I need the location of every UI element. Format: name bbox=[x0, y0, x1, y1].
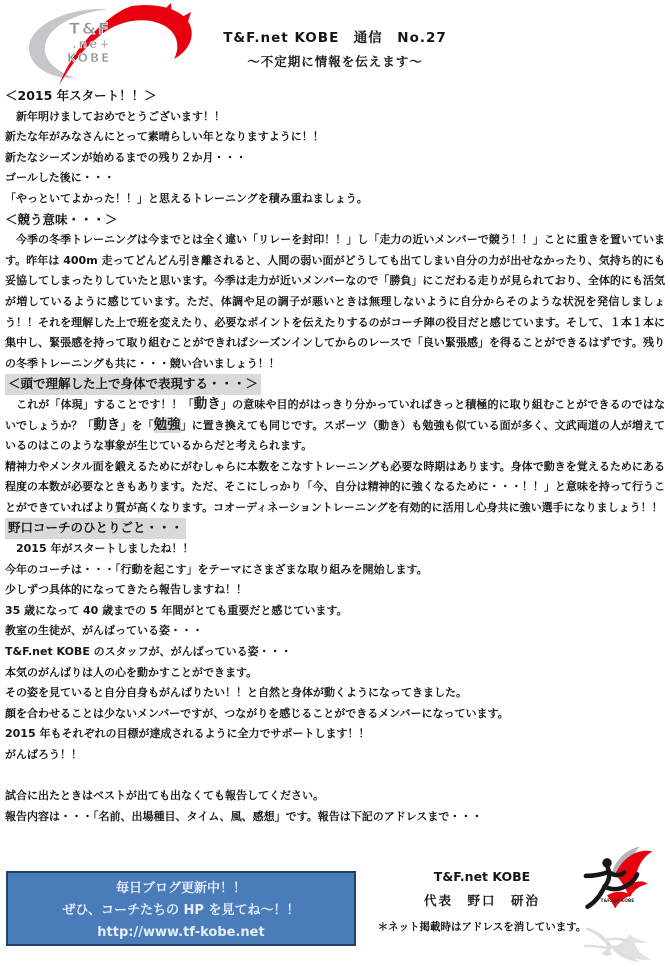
body-line: その姿を見ていると自分自身もがんばりたい！！と自然と身体が動くようになってきまし… bbox=[5, 683, 665, 704]
newsletter-subtitle: ～不定期に情報を伝えます～ bbox=[0, 52, 670, 70]
blog-line-2: ぜひ、コーチたちの HP を見てね～！！ bbox=[8, 900, 354, 922]
runner-logo: T&F.net KOBE bbox=[568, 845, 668, 963]
website-url[interactable]: http://www.tf-kobe.net bbox=[8, 922, 354, 944]
runner-head bbox=[602, 858, 611, 867]
representative-name: 代表 野口 研治 bbox=[372, 891, 592, 909]
body-line: 本気のがんばりは人の心を動かすことができます。 bbox=[5, 663, 665, 684]
body-line: 新年明けましておめでとうございます！！ bbox=[5, 107, 665, 128]
emphasized-word: 動き bbox=[93, 417, 120, 433]
blog-line-1: 毎日ブログ更新中！！ bbox=[8, 878, 354, 900]
body-line: 2015 年もそれぞれの目標が達成されるように全力でサポートします！！ bbox=[5, 724, 665, 745]
body-line: 教室の生徒が、がんばっている姿・・・ bbox=[5, 621, 665, 642]
body-line: 新たな年がみなさんにとって素晴らしい年となりますように！！ bbox=[5, 127, 665, 148]
body-line: 少しずつ具体的になってきたら報告しますね！！ bbox=[5, 580, 665, 601]
body-line: 報告内容は・・・「名前、出場種目、タイム、風、感想」です。報告は下記のアドレスま… bbox=[5, 807, 665, 828]
body-line: 顔を合わせることは少ないメンバーですが、つながりを感じることができるメンバーにな… bbox=[5, 704, 665, 725]
body-line: 新たなシーズンが始めるまでの残り２か月・・・ bbox=[5, 148, 665, 169]
header-title-block: T&F.net KOBE 通信 No.27 ～不定期に情報を伝えます～ bbox=[0, 26, 670, 70]
body-line: これが「体現」することです！！「動き」の意味や目的がはっきり分かっていればきっと… bbox=[5, 395, 665, 457]
newsletter-page: T&F .ne+ KOBE T&F.net KOBE 通信 No.27 ～不定期… bbox=[0, 0, 670, 967]
text-segment: これが「体現」することです！！「 bbox=[5, 398, 194, 411]
blog-box: 毎日ブログ更新中！！ ぜひ、コーチたちの HP を見てね～！！ http://w… bbox=[6, 871, 356, 946]
body-line: 2015 年がスタートしましたね！！ bbox=[5, 539, 665, 560]
section-heading: ＜2015 年スタート！！＞ bbox=[5, 86, 665, 107]
net-publish-note: ＊ネット掲載時はアドレスを消しています。 bbox=[372, 919, 592, 934]
body-line: 試合に出たときはベストが出ても出なくても報告してください。 bbox=[5, 786, 665, 807]
emphasized-word: 動き bbox=[194, 396, 221, 412]
runner-icon: T&F.net KOBE bbox=[568, 845, 668, 963]
text-segment: 」を「 bbox=[120, 419, 153, 432]
body-line: T&F.net KOBE のスタッフが、がんばっている姿・・・ bbox=[5, 642, 665, 663]
body-text: ＜2015 年スタート！！＞ 新年明けましておめでとうございます！！新たな年がみ… bbox=[5, 86, 665, 827]
section-heading: ＜競う意味・・・＞ bbox=[5, 210, 665, 231]
body-line: 今季の冬季トレーニングは今までとは全く違い「リレーを封印！！」し「走力の近いメン… bbox=[5, 230, 665, 374]
newsletter-title: T&F.net KOBE 通信 No.27 bbox=[0, 26, 670, 46]
body-line: 35 歳になって 40 歳までの 5 年間がとても重要だと感じています。 bbox=[5, 601, 665, 622]
emphasized-word: 勉強 bbox=[154, 417, 181, 433]
section-heading: 野口コーチのひとりごと・・・ bbox=[5, 518, 186, 539]
body-line: 精神力やメンタル面を鍛えるためにがむしゃらに本数をこなすトレーニングも必要な時期… bbox=[5, 457, 665, 519]
section-heading: ＜頭で理解した上で身体で表現する・・・＞ bbox=[5, 374, 261, 395]
org-name: T&F.net KOBE bbox=[372, 869, 592, 884]
blank-line bbox=[5, 766, 665, 787]
body-line: 今年のコーチは・・・「行動を起こす」をテーマにさまざまな取り組みを開始します。 bbox=[5, 560, 665, 581]
footer-right-block: T&F.net KOBE 代表 野口 研治 ＊ネット掲載時はアドレスを消していま… bbox=[372, 869, 592, 934]
body-line: がんばろう！！ bbox=[5, 745, 665, 766]
body-line: ゴールした後に・・・ bbox=[5, 168, 665, 189]
body-line: 「やっといてよかった！！」と思えるトレーニングを積み重ねましょう。 bbox=[5, 189, 665, 210]
runner-logo-caption: T&F.net KOBE bbox=[601, 898, 635, 904]
